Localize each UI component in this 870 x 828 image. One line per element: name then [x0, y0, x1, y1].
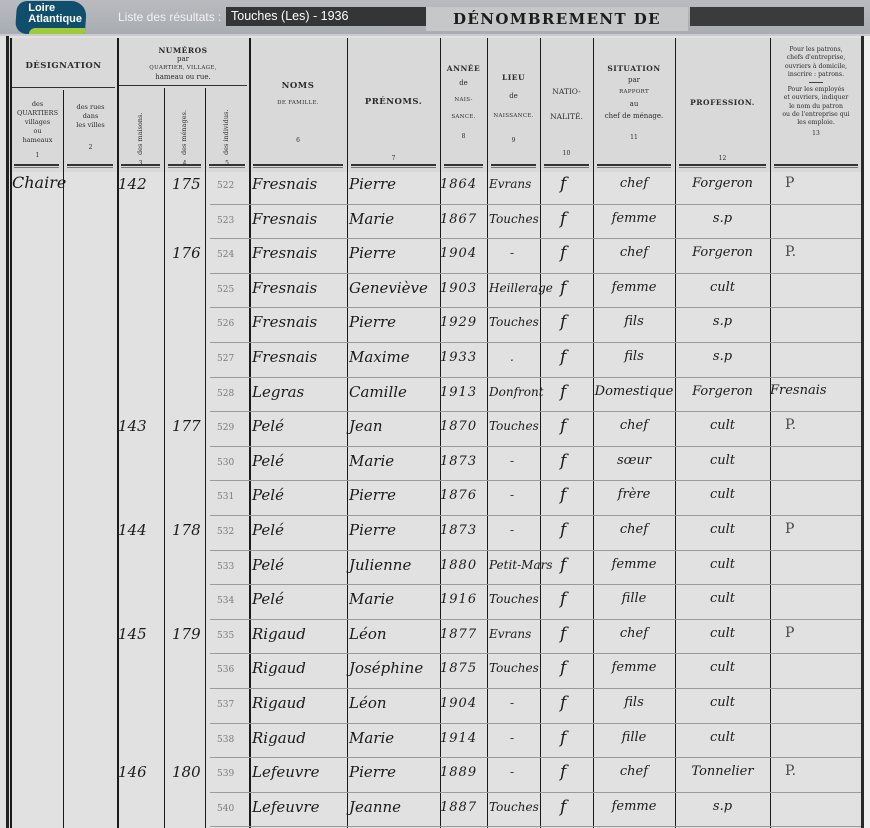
results-list-select[interactable]: Touches (Les) - 1936 — [226, 7, 426, 26]
header-nationalite: NATIO-NALITÉ.10 — [540, 87, 593, 158]
header-underline — [544, 164, 589, 166]
profession-cell: cult — [675, 453, 770, 468]
lieu-cell: Touches — [489, 800, 539, 814]
ruled-line — [210, 307, 862, 308]
prenom-cell: Marie — [349, 729, 394, 747]
ruled-line — [210, 584, 862, 585]
employeur-cell: P. — [785, 244, 796, 260]
logo-line-2: Atlantique — [28, 13, 82, 25]
nom-cell: Fresnais — [252, 279, 317, 297]
maison-cell: 143 — [118, 417, 147, 435]
individu-cell: 535 — [217, 631, 234, 641]
header-underline — [597, 164, 671, 166]
nationalite-cell: f — [560, 243, 566, 263]
individu-cell: 527 — [217, 354, 234, 364]
individu-cell: 528 — [217, 389, 234, 399]
header-rues: des ruesdansles villes2 — [64, 103, 117, 152]
profession-cell: cult — [675, 730, 770, 745]
nationalite-cell: f — [560, 797, 566, 817]
header-menages-number: 4 — [164, 159, 205, 168]
lieu-cell: . — [510, 350, 514, 364]
prenom-cell: Pierre — [349, 763, 396, 781]
nationalite-cell: f — [560, 485, 566, 505]
situation-cell: sœur — [593, 453, 675, 468]
column-rule — [164, 88, 165, 828]
header-underline — [774, 164, 858, 166]
document-title: DÉNOMBREMENT DE 1936. — [426, 7, 688, 31]
nom-cell: Rigaud — [252, 729, 306, 747]
maison-cell: 146 — [118, 763, 147, 781]
individu-cell: 523 — [217, 216, 234, 226]
individu-cell: 525 — [217, 285, 234, 295]
lieu-cell: - — [510, 696, 514, 710]
employeur-cell: P — [785, 175, 794, 191]
lieu-cell: - — [510, 731, 514, 745]
ruled-line — [210, 342, 862, 343]
header-annee: ANNÉEdeNAIS-SANCE.8 — [440, 64, 487, 141]
header-maisons-number: 3 — [117, 159, 164, 168]
header-individus: des individus. — [222, 95, 230, 155]
header-underline — [351, 164, 436, 166]
lieu-cell: Touches — [489, 315, 539, 329]
ruled-line — [210, 723, 862, 724]
individu-cell: 529 — [217, 423, 234, 433]
situation-cell: femme — [593, 211, 675, 226]
nom-cell: Fresnais — [252, 210, 317, 228]
lieu-cell: - — [510, 523, 514, 537]
lieu-cell: Heillerage — [489, 281, 553, 295]
situation-cell: frère — [593, 487, 675, 502]
annee-cell: 1876 — [440, 488, 477, 503]
lieu-cell: Touches — [489, 419, 539, 433]
column-rule — [205, 88, 206, 828]
profession-cell: Tonnelier — [675, 764, 770, 779]
nationalite-cell: f — [560, 589, 566, 609]
menage-cell: 176 — [172, 244, 201, 262]
annee-cell: 1873 — [440, 523, 477, 538]
individu-cell: 526 — [217, 319, 234, 329]
maison-cell: 142 — [118, 175, 147, 193]
nationalite-cell: f — [560, 728, 566, 748]
ruled-line — [210, 619, 862, 620]
ruled-line — [210, 238, 862, 239]
header-underline — [679, 164, 766, 166]
profession-cell: cult — [675, 626, 770, 641]
numeros-divider — [119, 85, 247, 90]
maison-cell: 145 — [118, 625, 147, 643]
situation-cell: Domestique — [593, 384, 675, 399]
header-numeros: NUMÉROSparQUARTIER, VILLAGE,hameau ou ru… — [119, 46, 247, 82]
nom-cell: Pelé — [252, 417, 284, 435]
lieu-cell: - — [510, 454, 514, 468]
employeur-cell: P. — [785, 417, 796, 433]
situation-cell: femme — [593, 660, 675, 675]
individu-cell: 530 — [217, 458, 234, 468]
nationalite-cell: f — [560, 520, 566, 540]
prenom-cell: Pierre — [349, 175, 396, 193]
annee-cell: 1933 — [440, 350, 477, 365]
ruled-line — [210, 446, 862, 447]
lieu-cell: Evrans — [489, 177, 531, 191]
profession-cell: s.p — [675, 314, 770, 329]
annee-cell: 1929 — [440, 315, 477, 330]
prenom-cell: Maxime — [349, 348, 410, 366]
individu-cell: 540 — [217, 804, 234, 814]
profession-cell: cult — [675, 557, 770, 572]
logo-text: Loire Atlantique — [28, 3, 82, 25]
lieu-cell: - — [510, 246, 514, 260]
nationalite-cell: f — [560, 209, 566, 229]
individu-cell: 532 — [217, 527, 234, 537]
profession-cell: cult — [675, 487, 770, 502]
header-underline — [67, 167, 113, 168]
lieu-cell: Petit-Mars — [489, 558, 553, 572]
lieu-cell: Evrans — [489, 627, 531, 641]
nom-cell: Rigaud — [252, 659, 306, 677]
prenom-cell: Léon — [349, 694, 387, 712]
nationalite-cell: f — [560, 658, 566, 678]
prenom-cell: Pierre — [349, 486, 396, 504]
header-underline — [253, 164, 343, 166]
column-rule — [63, 90, 64, 828]
situation-cell: chef — [593, 522, 675, 537]
individu-cell: 539 — [217, 769, 234, 779]
situation-cell: fils — [593, 695, 675, 710]
nationalite-cell: f — [560, 693, 566, 713]
page-border-left — [6, 36, 9, 828]
header-prenoms: PRÉNOMS.7 — [347, 98, 440, 163]
lieu-cell: - — [510, 765, 514, 779]
nom-cell: Lefeuvre — [252, 798, 319, 816]
situation-cell: fille — [593, 591, 675, 606]
nom-cell: Legras — [252, 383, 304, 401]
header-underline — [444, 164, 483, 166]
nationalite-cell: f — [560, 416, 566, 436]
nationalite-cell: f — [560, 624, 566, 644]
header-profession: PROFESSION.12 — [675, 98, 770, 163]
nom-cell: Fresnais — [252, 175, 317, 193]
nom-cell: Fresnais — [252, 244, 317, 262]
annee-cell: 1867 — [440, 212, 477, 227]
header-underline — [597, 167, 671, 168]
annee-cell: 1887 — [440, 800, 477, 815]
profession-cell: cult — [675, 591, 770, 606]
annee-cell: 1904 — [440, 696, 477, 711]
prenom-cell: Joséphine — [349, 659, 423, 677]
header-menages: des ménages. — [180, 95, 188, 155]
individu-cell: 536 — [217, 665, 234, 675]
header-designation: DÉSIGNATION — [12, 62, 115, 71]
lieu-cell: - — [510, 488, 514, 502]
header-underline — [491, 164, 536, 166]
header-strip — [690, 7, 864, 26]
ruled-line — [210, 204, 862, 205]
nom-cell: Pelé — [252, 521, 284, 539]
ruled-line — [210, 688, 862, 689]
individu-cell: 537 — [217, 700, 234, 710]
nom-cell: Pelé — [252, 486, 284, 504]
ruled-line — [210, 826, 862, 827]
ruled-line — [210, 480, 862, 481]
prenom-cell: Marie — [349, 452, 394, 470]
menage-cell: 180 — [172, 763, 201, 781]
nom-cell: Lefeuvre — [252, 763, 319, 781]
prenom-cell: Julienne — [349, 556, 411, 574]
annee-cell: 1914 — [440, 731, 477, 746]
situation-cell: femme — [593, 280, 675, 295]
header-underline — [679, 167, 766, 168]
lieu-cell: Touches — [489, 592, 539, 606]
profession-cell: Forgeron — [675, 384, 770, 399]
annee-cell: 1880 — [440, 558, 477, 573]
ruled-line — [210, 377, 862, 378]
individu-cell: 533 — [217, 562, 234, 572]
nationalite-cell: f — [560, 278, 566, 298]
prenom-cell: Marie — [349, 210, 394, 228]
header-underline — [491, 167, 536, 168]
ruled-line — [210, 550, 862, 551]
profession-cell: cult — [675, 660, 770, 675]
column-rule — [249, 38, 251, 828]
ruled-line — [210, 757, 862, 758]
prenom-cell: Pierre — [349, 244, 396, 262]
annee-cell: 1870 — [440, 419, 477, 434]
prenom-cell: Camille — [349, 383, 407, 401]
annee-cell: 1916 — [440, 592, 477, 607]
designation-divider — [12, 87, 115, 92]
profession-cell: s.p — [675, 211, 770, 226]
header-situation: SITUATIONparRAPPORTauchef de ménage.11 — [593, 64, 675, 142]
header-lieu: LIEUdeNAISSANCE.9 — [487, 73, 540, 145]
prenom-cell: Pierre — [349, 521, 396, 539]
nationalite-cell: f — [560, 347, 566, 367]
loire-atlantique-logo[interactable]: Loire Atlantique — [15, 1, 87, 34]
nationalite-cell: f — [560, 382, 566, 402]
nationalite-cell: f — [560, 312, 566, 332]
maison-cell: 144 — [118, 521, 147, 539]
situation-cell: chef — [593, 626, 675, 641]
header-underline — [14, 167, 59, 168]
individu-cell: 522 — [217, 181, 234, 191]
situation-cell: fils — [593, 349, 675, 364]
nationalite-cell: f — [560, 762, 566, 782]
nationalite-cell: f — [560, 451, 566, 471]
header-underline — [774, 167, 858, 168]
menage-cell: 175 — [172, 175, 201, 193]
situation-cell: fils — [593, 314, 675, 329]
header-individus-number: 5 — [205, 159, 249, 168]
situation-cell: chef — [593, 176, 675, 191]
employeur-cell: P — [785, 625, 794, 641]
page-margin-right — [864, 36, 870, 828]
employeur-cell: P — [785, 521, 794, 537]
nom-cell: Rigaud — [252, 694, 306, 712]
employeur-cell: Fresnais — [770, 383, 827, 398]
ruled-line — [210, 515, 862, 516]
profession-cell: Forgeron — [675, 176, 770, 191]
lieu-cell: Touches — [489, 212, 539, 226]
ruled-line — [210, 653, 862, 654]
prenom-cell: Marie — [349, 590, 394, 608]
situation-cell: chef — [593, 245, 675, 260]
situation-cell: fille — [593, 730, 675, 745]
annee-cell: 1889 — [440, 765, 477, 780]
annee-cell: 1864 — [440, 177, 477, 192]
nom-cell: Fresnais — [252, 313, 317, 331]
prenom-cell: Pierre — [349, 313, 396, 331]
nom-cell: Fresnais — [252, 348, 317, 366]
prenom-cell: Jeanne — [349, 798, 401, 816]
profession-cell: cult — [675, 522, 770, 537]
annee-cell: 1903 — [440, 281, 477, 296]
ruled-line — [210, 411, 862, 412]
header-underline — [544, 167, 589, 168]
header-underline — [14, 164, 59, 166]
nom-cell: Rigaud — [252, 625, 306, 643]
header-employeur: Pour les patrons,chefs d'entreprise,ouvr… — [770, 46, 862, 138]
situation-cell: chef — [593, 418, 675, 433]
header-quartiers: desQUARTIERSvillagesouhameaux1 — [12, 100, 63, 160]
situation-cell: femme — [593, 799, 675, 814]
header-underline — [253, 167, 343, 168]
annee-cell: 1873 — [440, 454, 477, 469]
menage-cell: 179 — [172, 625, 201, 643]
header-underline — [351, 167, 436, 168]
profession-cell: s.p — [675, 349, 770, 364]
nom-cell: Pelé — [252, 556, 284, 574]
profession-cell: s.p — [675, 799, 770, 814]
ruled-line — [210, 273, 862, 274]
menage-cell: 178 — [172, 521, 201, 539]
header-underline — [67, 164, 113, 166]
nationalite-cell: f — [560, 555, 566, 575]
quartier-cell: Chaire — [12, 173, 66, 192]
menage-cell: 177 — [172, 417, 201, 435]
header-maisons: des maisons. — [136, 95, 144, 155]
annee-cell: 1875 — [440, 661, 477, 676]
results-list-label: Liste des résultats : — [118, 10, 221, 24]
individu-cell: 534 — [217, 596, 234, 606]
lieu-cell: Touches — [489, 661, 539, 675]
prenom-cell: Geneviève — [349, 279, 428, 297]
profession-cell: cult — [675, 418, 770, 433]
header-noms: NOMSDE FAMILLE.6 — [249, 82, 347, 145]
nationalite-cell: f — [560, 174, 566, 194]
situation-cell: femme — [593, 557, 675, 572]
profession-cell: cult — [675, 695, 770, 710]
situation-cell: chef — [593, 764, 675, 779]
prenom-cell: Jean — [349, 417, 383, 435]
ruled-line — [210, 792, 862, 793]
employeur-cell: P. — [785, 763, 796, 779]
lieu-cell: Donfront — [489, 385, 544, 399]
individu-cell: 538 — [217, 735, 234, 745]
prenom-cell: Léon — [349, 625, 387, 643]
annee-cell: 1877 — [440, 627, 477, 642]
nom-cell: Pelé — [252, 452, 284, 470]
annee-cell: 1904 — [440, 246, 477, 261]
profession-cell: Forgeron — [675, 245, 770, 260]
profession-cell: cult — [675, 280, 770, 295]
annee-cell: 1913 — [440, 385, 477, 400]
column-rule — [770, 38, 771, 828]
site-header: Loire Atlantique Liste des résultats : T… — [0, 0, 870, 36]
nom-cell: Pelé — [252, 590, 284, 608]
individu-cell: 531 — [217, 492, 234, 502]
individu-cell: 524 — [217, 250, 234, 260]
header-underline — [444, 167, 483, 168]
